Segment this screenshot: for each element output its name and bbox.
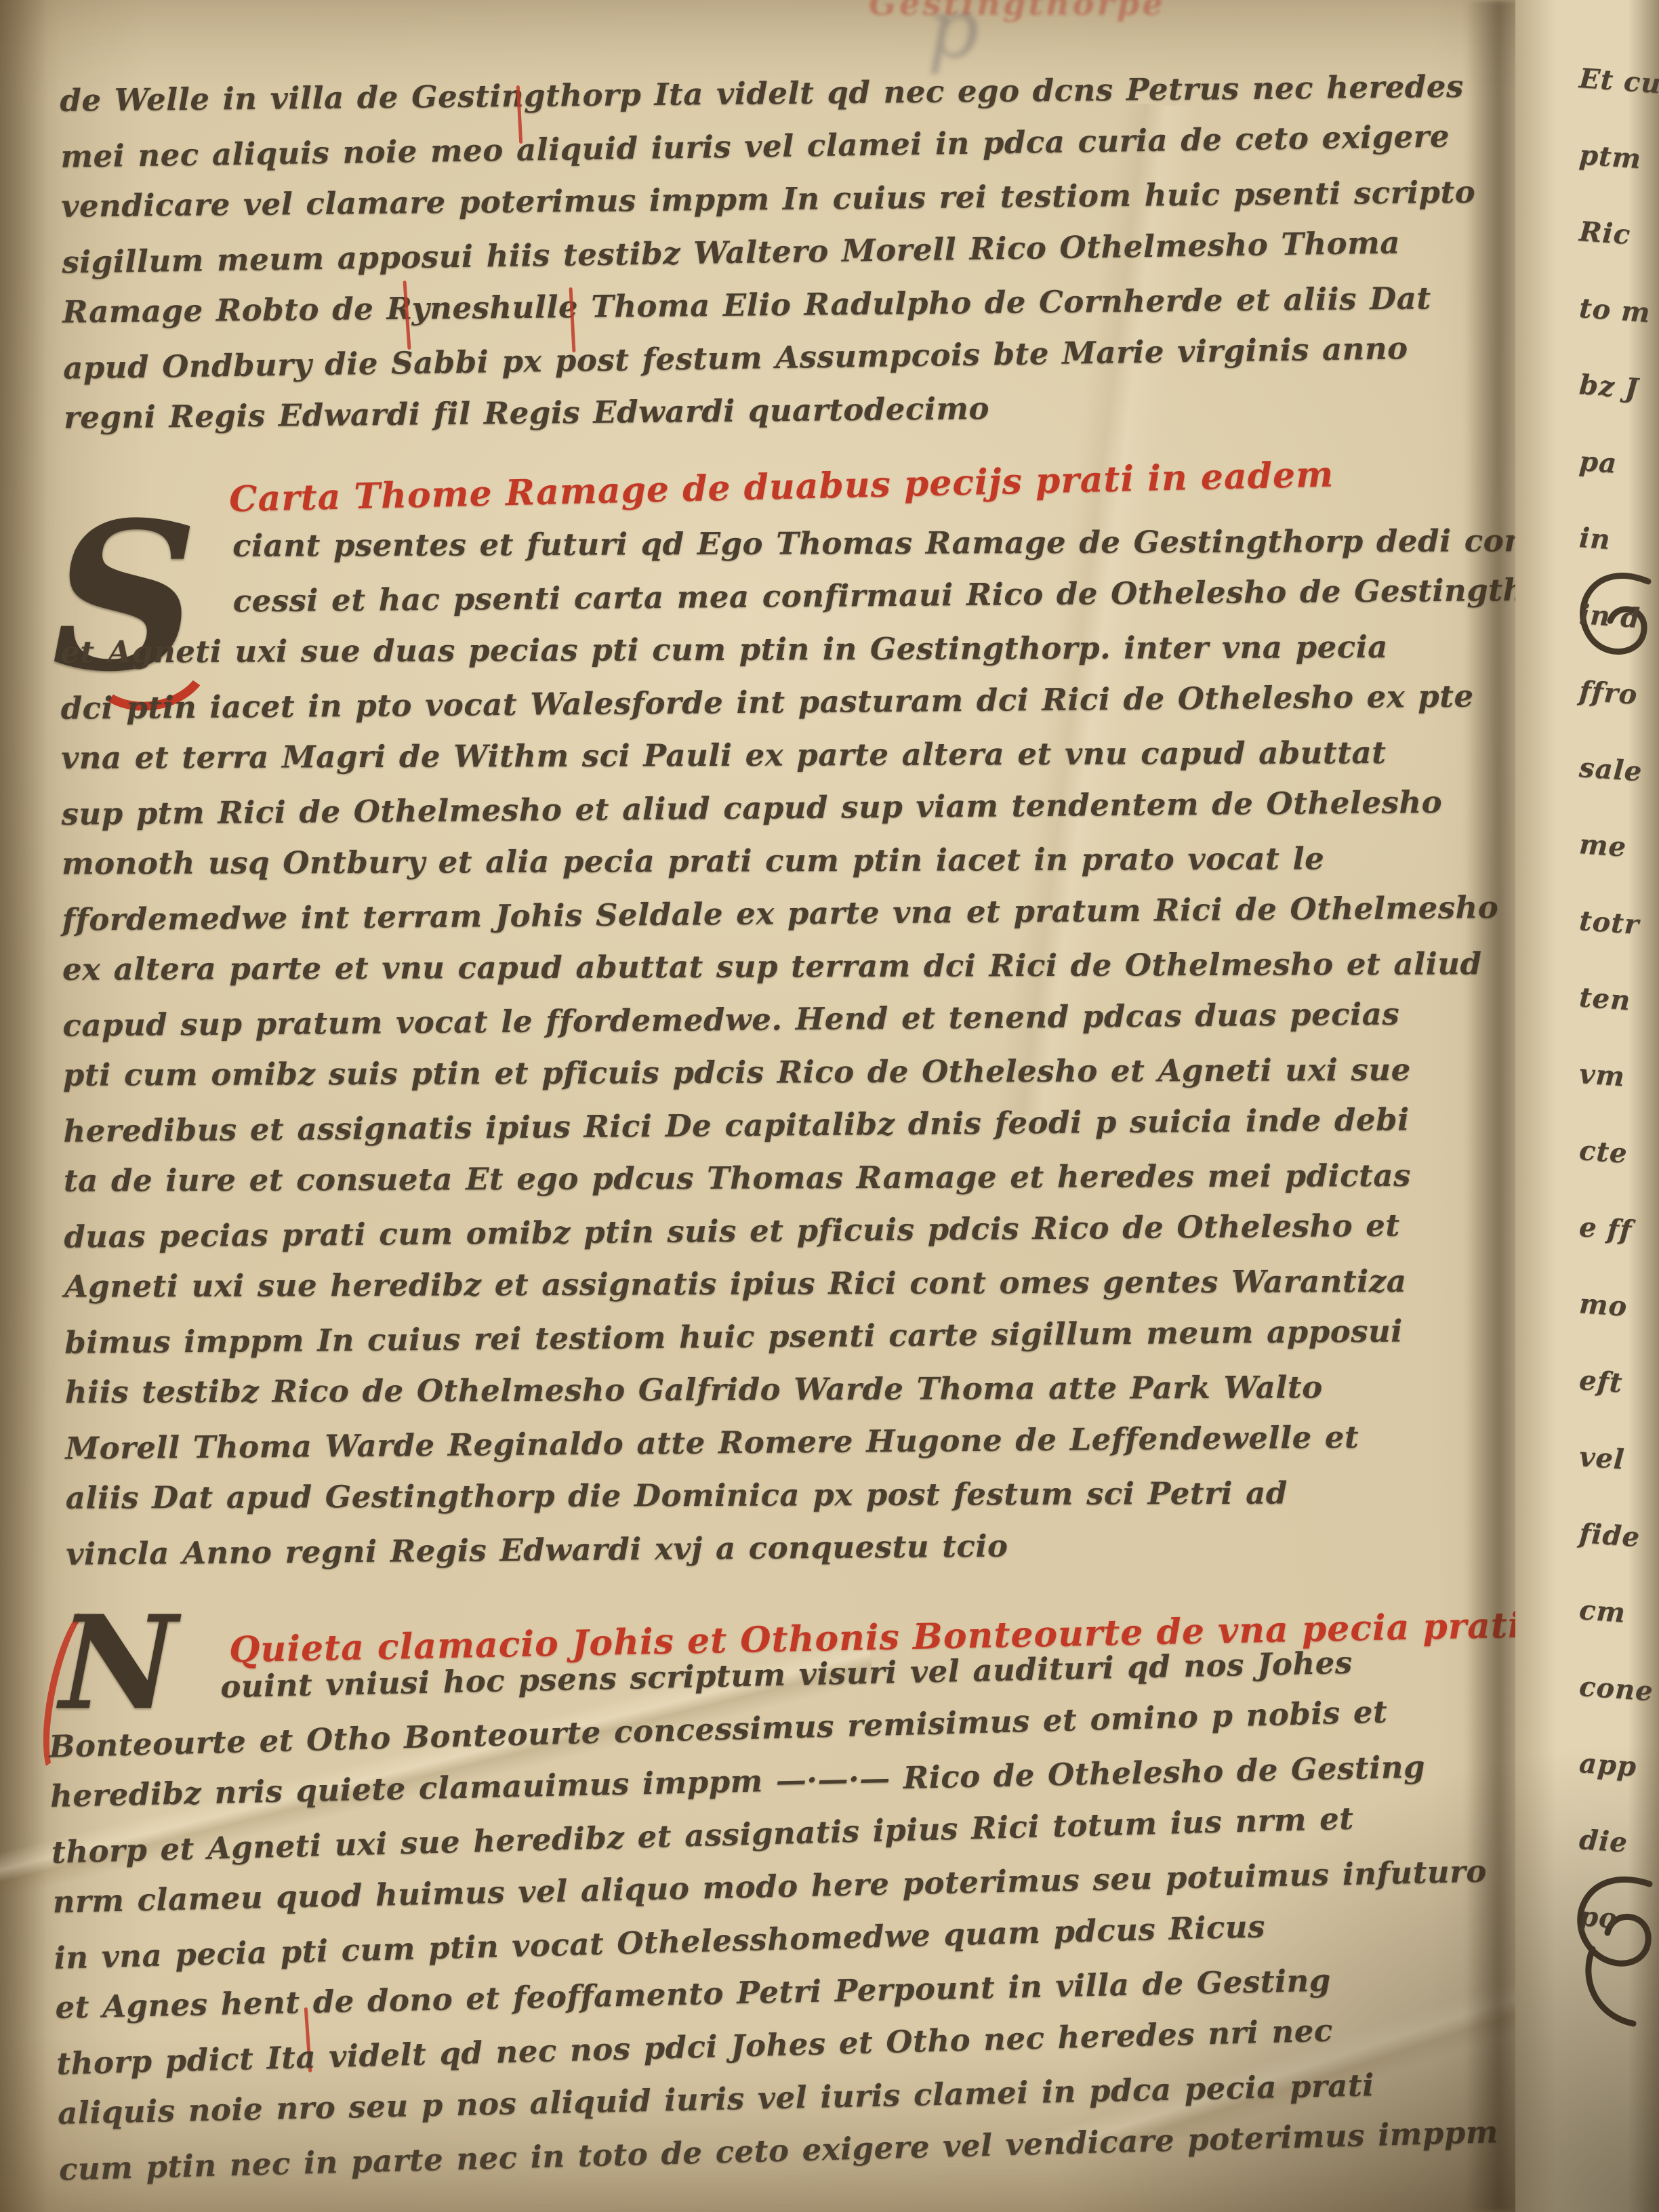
manuscript-line: cessi et hac psenti carta mea confirmaui… (60, 565, 1470, 630)
facing-text-fragment: me (1575, 828, 1659, 910)
facing-text-fragment: mo (1575, 1288, 1659, 1370)
manuscript-line: ciant psentes et futuri qd Ego Thomas Ra… (60, 514, 1469, 573)
charter-a-text: de Welle in villa de Gestingthorp Ita vi… (60, 59, 1460, 446)
rubric-carta-thome-ramage: Carta Thome Ramage de duabus pecijs prat… (229, 454, 1334, 520)
left-page-edge-shade (0, 0, 47, 2212)
facing-text-fragment: cm (1575, 1594, 1659, 1676)
manuscript-photo: Gestingthorpe p de Welle in villa de Ges… (0, 0, 1659, 2212)
facing-text-fragment: to m (1575, 292, 1659, 374)
facing-text-fragment: e ff (1575, 1211, 1659, 1293)
manuscript-line: aliis Dat apud Gestingthorp die Dominica… (66, 1466, 1475, 1524)
manuscript-line: dci ptin iacet in pto vocat Walesforde i… (60, 670, 1471, 735)
facing-text-fragment: ptm (1575, 139, 1659, 221)
facing-text-fragment: bz J (1575, 369, 1659, 451)
charter-b-lines: ciant psentes et futuri qd Ego Thomas Ra… (60, 513, 1475, 1579)
facing-text-fragment: in d (1575, 598, 1659, 680)
facing-text-fragment: pa (1575, 445, 1659, 527)
facing-text-fragment: fide (1575, 1517, 1659, 1599)
facing-text-fragment: ten (1575, 981, 1659, 1063)
manuscript-line: duas pecias prati cum omibz ptin suis et… (64, 1199, 1474, 1264)
manuscript-line: ex altera parte et vnu capud abuttat sup… (62, 937, 1472, 996)
manuscript-line: monoth usq Ontbury et alia pecia prati c… (62, 832, 1471, 890)
manuscript-line: vincla Anno regni Regis Edwardi xvj a co… (66, 1516, 1476, 1581)
manuscript-line: et Agneti uxi sue duas pecias pti cum pt… (60, 620, 1470, 678)
facing-text-fragment: Et cu (1575, 62, 1659, 144)
facing-page-fragments: Et cuptmRicto mbz Jpainin dffrosalemetot… (1578, 65, 1659, 1980)
manuscript-line: hiis testibz Rico de Othelmesho Galfrido… (65, 1360, 1475, 1418)
manuscript-line: heredibus et assignatis ipius Rici De ca… (63, 1093, 1473, 1158)
manuscript-line: pti cum omibz suis ptin et pficuis pdcis… (63, 1043, 1473, 1101)
facing-text-fragment: sale (1575, 752, 1659, 834)
manuscript-line: capud sup pratum vocat le ffordemedwe. H… (62, 987, 1473, 1052)
facing-text-fragment: Ric (1575, 216, 1659, 298)
manuscript-line: sup ptm Rici de Othelmesho et aliud capu… (61, 776, 1471, 841)
facing-text-fragment: vel (1575, 1441, 1659, 1523)
facing-text-fragment: cte (1575, 1134, 1659, 1216)
manuscript-line: Morell Thoma Warde Reginaldo atte Romere… (65, 1410, 1475, 1475)
manuscript-line: bimus imppm In cuius rei testiom huic ps… (64, 1305, 1475, 1370)
charter-b-text: ciant psentes et futuri qd Ego Thomas Ra… (60, 513, 1475, 1579)
manuscript-line: ta de iure et consueta Et ego pdcus Thom… (64, 1149, 1473, 1207)
facing-text-fragment: ffro (1575, 675, 1659, 757)
manuscript-line: ffordemedwe int terram Johis Seldale ex … (62, 882, 1472, 947)
facing-text-fragment: vm (1575, 1058, 1659, 1140)
facing-text-fragment: eft (1575, 1364, 1659, 1446)
manuscript-line: vna et terra Magri de Withm sci Pauli ex… (61, 726, 1471, 784)
facing-text-fragment: totr (1575, 905, 1659, 987)
bottom-corner-shadow (1049, 1738, 1659, 2212)
facing-text-fragment: in (1575, 522, 1659, 604)
manuscript-line: Agneti uxi sue heredibz et assignatis ip… (64, 1254, 1474, 1313)
running-header: Gestingthorpe (869, 0, 1166, 23)
